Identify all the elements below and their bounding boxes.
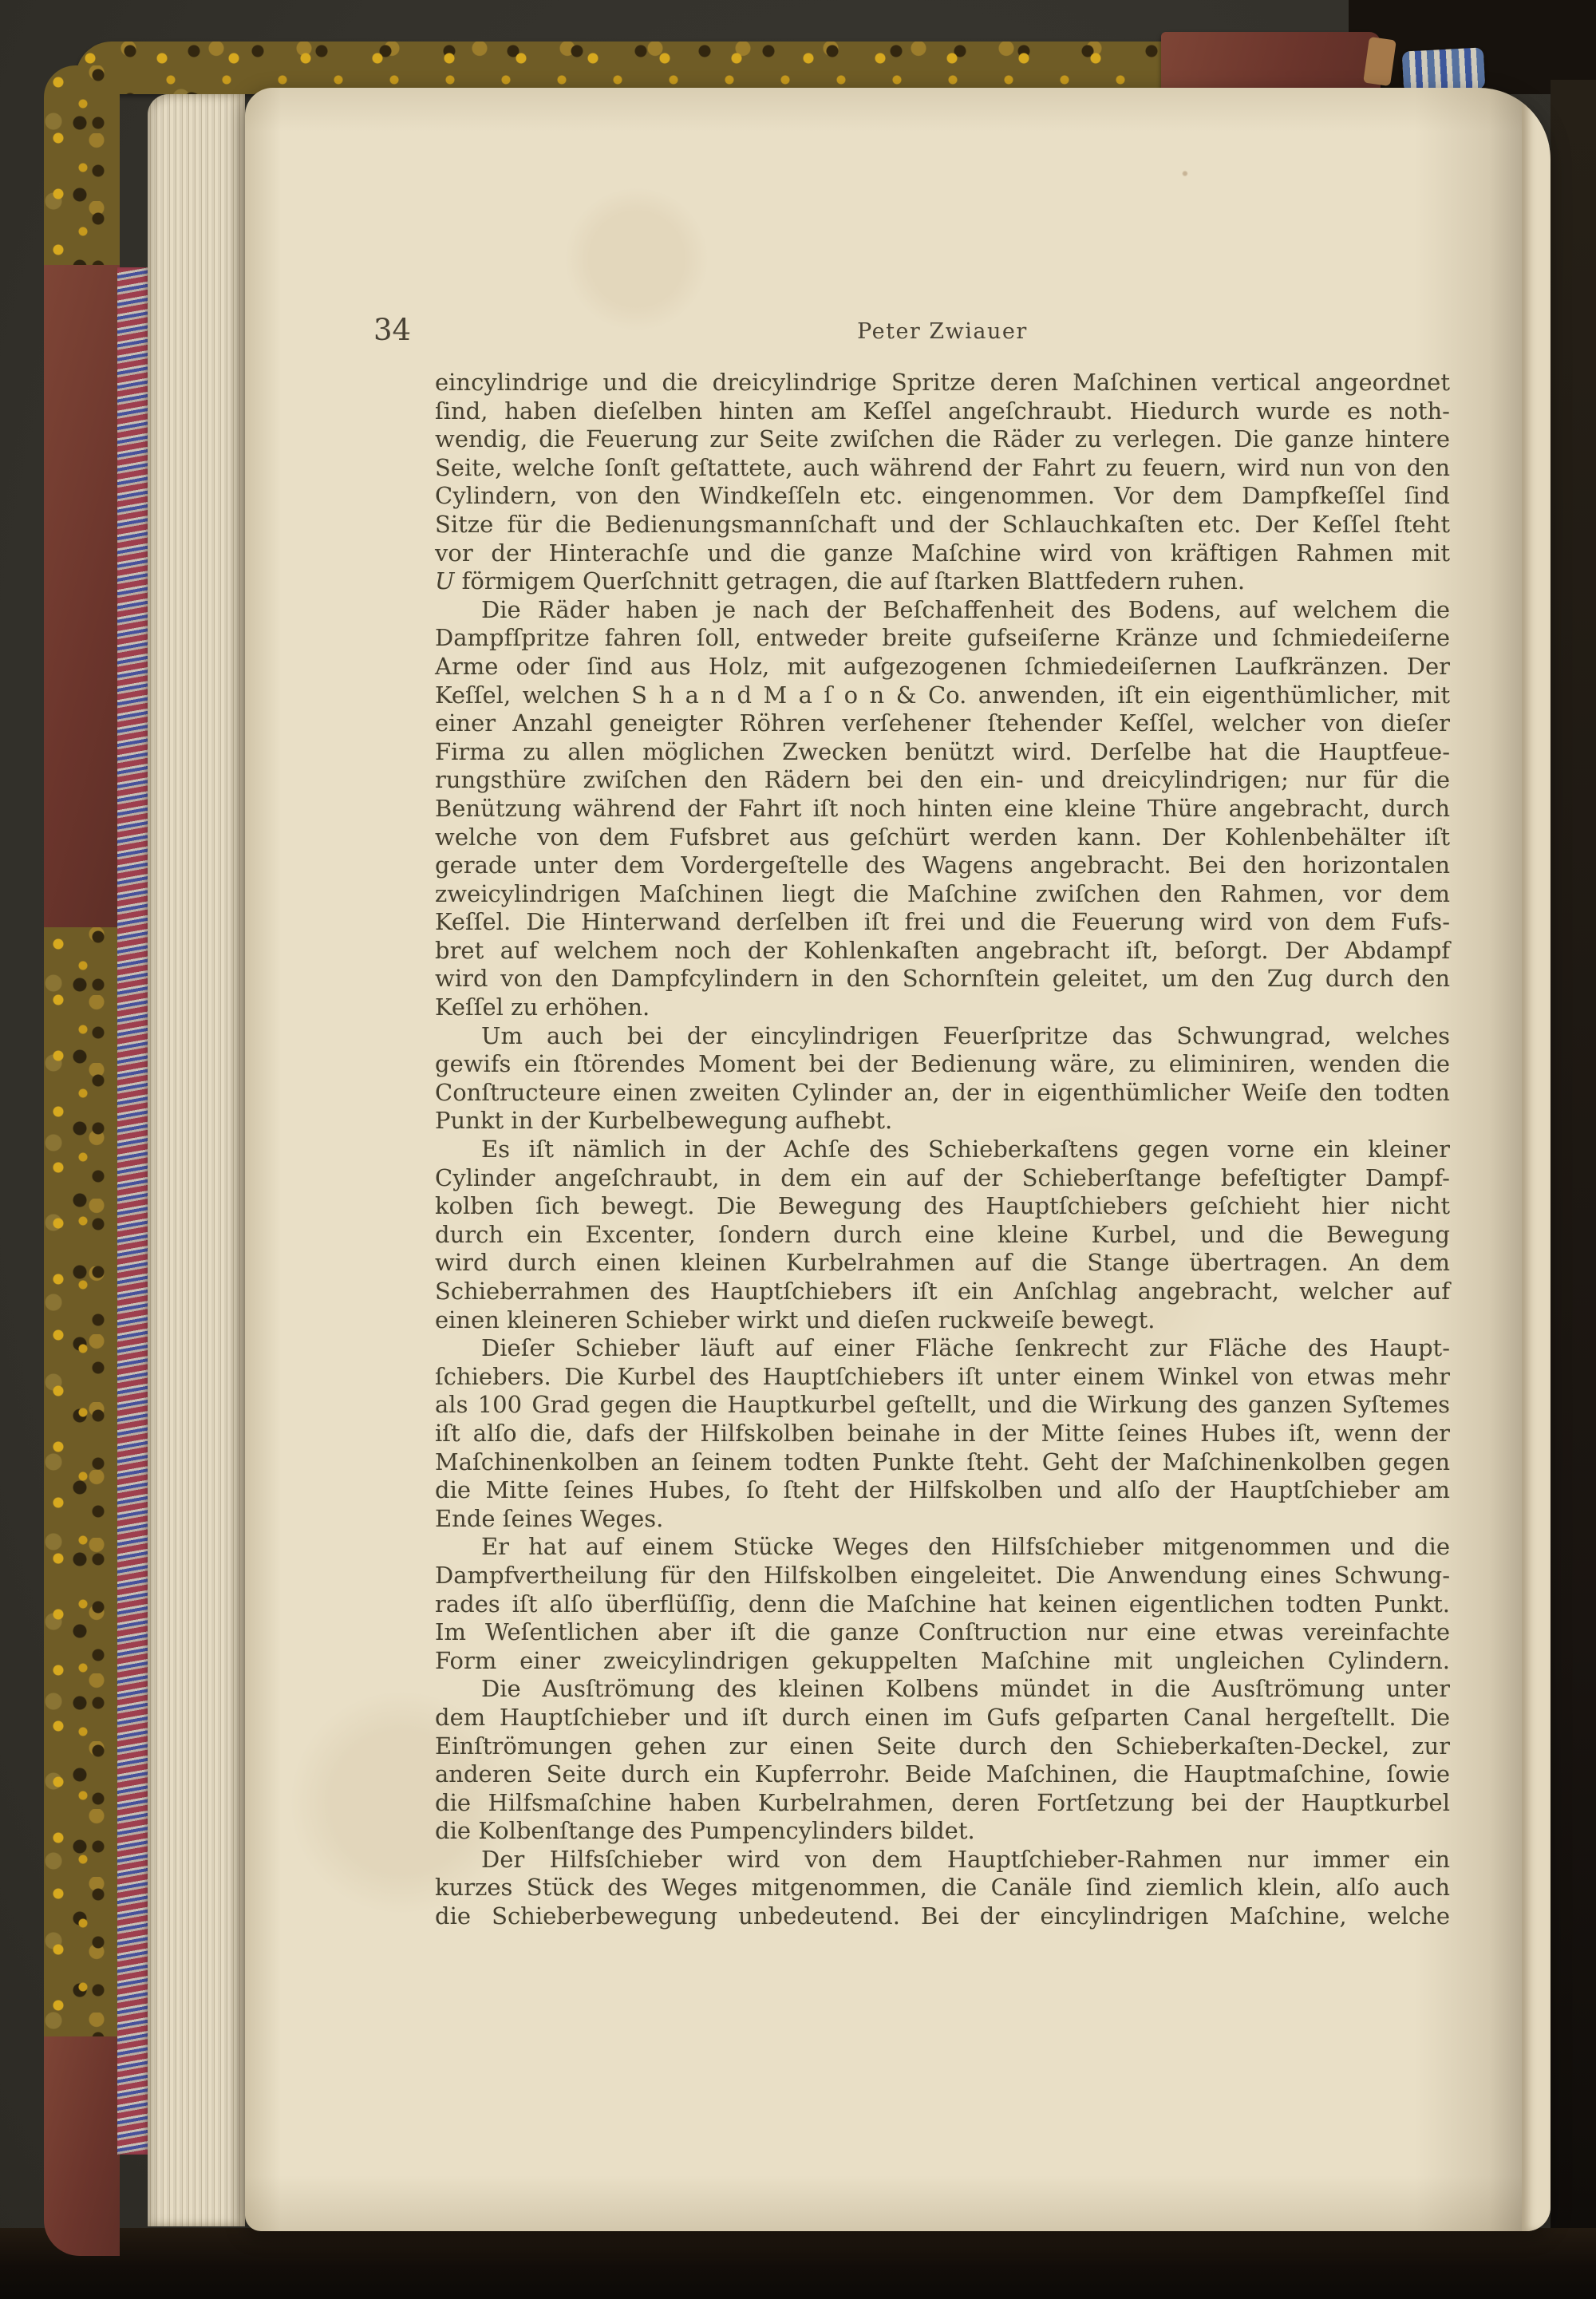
text-line: Die Ausſtrömung des kleinen Kolbens münd… [435,1675,1450,1704]
book-page: 34 Peter Zwiauer eincylindrige und die d… [245,88,1551,2231]
text-line: Dampfvertheilung für den Hilfskolben ein… [435,1562,1450,1590]
text-line: ſchiebers. Die Kurbel des Hauptſchiebers… [435,1363,1450,1392]
text-line: Cylinder angeſchraubt, in dem ein auf de… [435,1164,1450,1193]
text-line: die Kolbenſtange des Pumpencylinders bil… [435,1817,1450,1846]
text-line: durch ein Excenter, ſondern durch eine k… [435,1221,1450,1250]
text-line: Arme oder ſind aus Holz, mit aufgezogene… [435,653,1450,681]
background-shadow-bottom [0,2228,1596,2299]
text-line: iſt alſo die, dafs der Hilfskolben beina… [435,1420,1450,1448]
text-line: Dampfſpritze fahren ſoll, entweder breit… [435,624,1450,653]
book-headband [1402,47,1486,93]
text-line: rungsthüre zwiſchen den Rädern bei den e… [435,766,1450,795]
book-cover-left-marble [44,927,120,2036]
text-line: wird von den Dampfcylindern in den Schor… [435,965,1450,993]
text-line: Seite, welche ſonſt geſtattete, auch wäh… [435,454,1450,483]
text-line: gewifs ein ſtörendes Moment bei der Bedi… [435,1050,1450,1079]
text-line: Firma zu allen möglichen Zwecken benützt… [435,738,1450,767]
text-line: Der Hilfsſchieber wird von dem Hauptſchi… [435,1846,1450,1874]
text-line: Die Räder haben je nach der Beſchaffenhe… [435,596,1450,625]
text-line: zweicylindrigen Maſchinen liegt die Maſc… [435,880,1450,909]
book-spine-top [1161,32,1381,93]
page-edge-stack [148,94,245,2226]
text-line: welche von dem Fufsbret aus geſchürt wer… [435,824,1450,852]
text-line: Keſſel zu erhöhen. [435,993,1450,1022]
text-line: Sitze für die Bedienungsmannſchaft und d… [435,511,1450,539]
text-line: Keſſel, welchen S h a n d M a ſ o n & Co… [435,681,1450,710]
paragraph: Er hat auf einem Stücke Weges den Hilfsſ… [435,1533,1450,1675]
paragraph: Die Ausſtrömung des kleinen Kolbens münd… [435,1675,1450,1846]
text-line: Form einer zweicylindrigen gekuppelten M… [435,1647,1450,1676]
text-line: Dieſer Schieber läuft auf einer Fläche ſ… [435,1334,1450,1363]
text-line: als 100 Grad gegen die Hauptkurbel geſte… [435,1391,1450,1420]
text-block: eincylindrige und die dreicylindrige Spr… [435,369,1450,1931]
text-line: Ende ſeines Weges. [435,1505,1450,1534]
text-line: Schieberrahmen des Hauptſchiebers iſt ei… [435,1278,1450,1306]
text-line: U förmigem Querſchnitt getragen, die auf… [435,567,1450,596]
text-line: einen kleineren Schieber wirkt und dieſe… [435,1306,1450,1335]
text-line: Conſtructeure einen zweiten Cylinder an,… [435,1079,1450,1108]
text-line: Einſtrömungen gehen zur einen Seite durc… [435,1732,1450,1761]
text-line: Keſſel. Die Hinterwand derſelben iſt fre… [435,908,1450,937]
paragraph: eincylindrige und die dreicylindrige Spr… [435,369,1450,596]
text-line: Im Weſentlichen aber iſt die ganze Conſt… [435,1618,1450,1647]
text-line: Er hat auf einem Stücke Weges den Hilfsſ… [435,1533,1450,1562]
text-line: anderen Seite durch ein Kupferrohr. Beid… [435,1760,1450,1789]
text-line: Maſchinenkolben an ſeinem todten Punkte … [435,1448,1450,1477]
paragraph: Es iſt nämlich in der Achſe des Schieber… [435,1136,1450,1334]
text-line: Es iſt nämlich in der Achſe des Schieber… [435,1136,1450,1164]
text-line: vor der Hinterachſe und die ganze Maſchi… [435,539,1450,568]
paragraph: Die Räder haben je nach der Beſchaffenhe… [435,596,1450,1022]
text-line: die Schieberbewegung unbedeutend. Bei de… [435,1902,1450,1931]
paragraph: Der Hilfsſchieber wird von dem Hauptſchi… [435,1846,1450,1931]
text-line: bret auf welchem noch der Kohlenkaſten a… [435,937,1450,966]
text-line: ſind, haben dieſelben hinten am Keſſel a… [435,397,1450,426]
text-line: gerade unter dem Vordergeſtelle des Wage… [435,851,1450,880]
text-line: wird durch einen kleinen Kurbelrahmen au… [435,1249,1450,1278]
book-cover-top-edge [76,41,1209,94]
book-cover-left-leather-bottom [44,2036,120,2256]
text-line: wendig, die Feuerung zur Seite zwiſchen … [435,425,1450,454]
paragraph: Um auch bei der eincylindrigen Feuerſpri… [435,1022,1450,1136]
text-line: eincylindrige und die dreicylindrige Spr… [435,369,1450,397]
book-cover-left-leather [44,265,120,927]
text-line: Cylindern, von den Windkeſſeln etc. eing… [435,482,1450,511]
book-cover-left-marble-top [44,65,120,265]
text-line: Um auch bei der eincylindrigen Feuerſpri… [435,1022,1450,1051]
scanned-book-photo: 34 Peter Zwiauer eincylindrige und die d… [0,0,1596,2299]
text-line: die Mitte ſeines Hubes, ſo ſteht der Hil… [435,1476,1450,1505]
next-leaf-edge [1522,88,1551,2231]
background-shadow-right [1551,80,1596,2299]
text-line: rades iſt alſo überflüſſig, denn die Maſ… [435,1590,1450,1619]
text-line: die Hilfsmaſchine haben Kurbelrahmen, de… [435,1789,1450,1818]
paragraph: Dieſer Schieber läuft auf einer Fläche ſ… [435,1334,1450,1533]
text-line: Punkt in der Kurbelbewegung aufhebt. [435,1107,1450,1136]
marbled-fore-edge [117,267,149,2155]
text-line: einer Anzahl geneigter Röhren verſehener… [435,709,1450,738]
text-line: kolben ſich bewegt. Die Bewegung des Hau… [435,1192,1450,1221]
text-line: dem Hauptſchieber und iſt durch einen im… [435,1704,1450,1732]
page-number: 34 [373,313,411,347]
running-header: Peter Zwiauer [435,319,1450,344]
text-line: kurzes Stück des Weges mitgenommen, die … [435,1874,1450,1902]
text-line: Benützung während der Fahrt iſt noch hin… [435,795,1450,824]
